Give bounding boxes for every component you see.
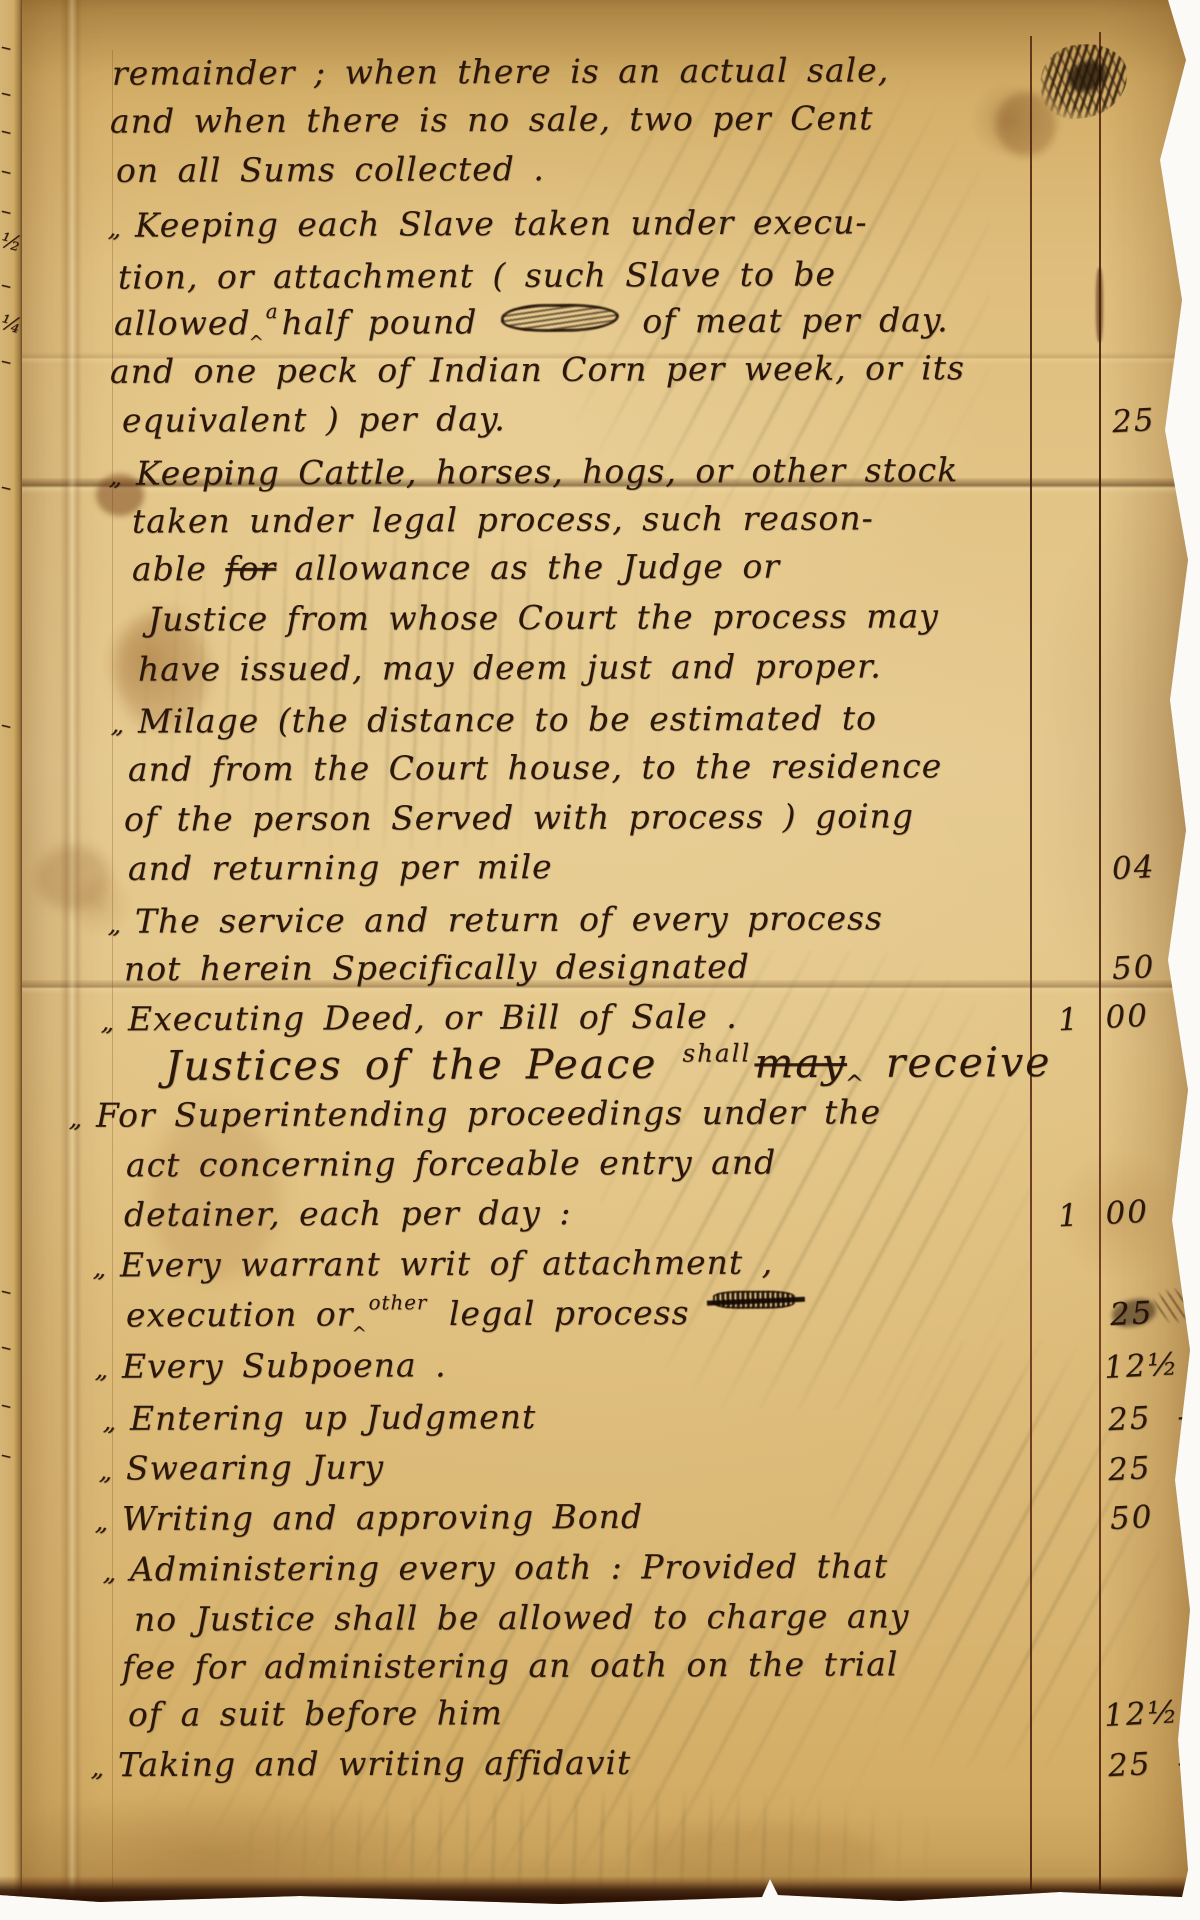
text-line: and one peck of Indian Corn per week, or… [110,348,965,404]
text-segment: have issued, may deem just and proper. [138,646,882,688]
text-line: and when there is no sale, two per Cent [110,98,874,153]
text-line: taken under legal process, such reason- [132,498,874,553]
fee-amount: 12½ [1103,1694,1180,1734]
text-segment: remainder ; when there is an actual sale… [112,50,889,92]
text-segment: tion, or attachment ( such Slave to be [118,254,836,296]
text-line: have issued, may deem just and proper. [138,646,882,701]
text-segment: ^ [351,1323,367,1344]
text-segment: Justice from whose Court the process may [148,596,939,638]
text-line: „Keeping Cattle, horses, hogs, or other … [136,450,958,506]
text-line: fee for administering an oath on the tri… [122,1644,899,1699]
text-line: „Entering up Judgment [130,1397,536,1451]
ditto-mark: „ [94,1354,112,1385]
text-segment: execution or [126,1294,354,1334]
text-line: and returning per mile [128,847,553,901]
text-segment: Taking and writing affidavit [118,1743,631,1784]
margin-mark: – [0,348,24,376]
text-segment: for [225,549,276,588]
fee-amount: 04 [1111,849,1156,887]
ditto-mark: „ [102,1406,120,1437]
fee-amount: 1 00 [1057,1194,1150,1235]
margin-mark: ¼ [0,310,24,338]
text-line: act concerning forceable entry and [126,1143,776,1198]
margin-mark: – [0,1392,24,1420]
ditto-mark: „ [94,1506,112,1537]
text-segment: receive [864,1038,1052,1087]
margin-mark: – [0,474,24,502]
scanned-document-page: remainder ; when there is an actual sale… [0,0,1200,1920]
text-segment: Entering up Judgment [130,1397,536,1438]
text-segment: and from the Court house, to the residen… [128,746,942,789]
text-segment: of meat per day. [624,300,949,340]
ditto-mark: „ [90,1752,108,1783]
text-line: „For Superintending proceedings under th… [96,1092,881,1147]
ditto-mark: „ [107,213,125,244]
text-line: „Keeping each Slave taken under execu- [135,202,868,257]
margin-mark: ½ [0,228,24,256]
text-segment: The service and return of every process [135,898,883,940]
left-margin-rule [112,50,113,1890]
text-line: of a suit before him [128,1693,503,1747]
margin-mark: – [0,158,24,186]
margin-mark: – [0,80,24,108]
margin-mark: – [0,1278,24,1306]
text-line: „Administering every oath : Provided tha… [130,1546,888,1601]
text-line: able for allowance as the Judge or [132,547,780,602]
text-segment: of the person Served with process ) goin… [124,796,914,838]
text-segment: Executing Deed, or Bill of Sale . [128,997,738,1039]
text-segment: other [369,1291,428,1314]
fee-amount: 25 – [1107,1744,1196,1784]
text-segment: act concerning forceable entry and [126,1143,776,1185]
manuscript-paper: remainder ; when there is an actual sale… [0,0,1200,1914]
fee-amount: 25 [1109,1295,1154,1333]
text-segment: may [754,1039,847,1087]
text-line: execution or^other legal process [126,1293,800,1348]
text-segment: and one peck of Indian Corn per week, or… [110,348,965,391]
text-line: „Milage (the distance to be estimated to [138,698,877,753]
text-line: allowed^ahalf pound of meat per day. [114,300,949,356]
fee-amount: 25 – [1107,1398,1196,1438]
text-segment: equivalent ) per day. [122,399,506,440]
text-line: Justice from whose Court the process may [148,596,939,651]
text-line: „The service and return of every process [135,898,883,953]
ditto-mark: „ [100,1007,118,1038]
margin-mark: – [0,1334,24,1362]
text-segment: not herein Specifically designated [124,947,750,989]
fee-amount: 50 [1109,1499,1154,1537]
ditto-mark: „ [68,1103,86,1134]
text-line: „Taking and writing affidavit [118,1743,631,1797]
text-segment: legal process [430,1293,708,1333]
text-segment: Keeping Cattle, horses, hogs, or other s… [136,450,958,493]
text-line: equivalent ) per day. [122,399,506,453]
margin-mark: – [0,198,24,226]
text-line: „Every warrant writ of attachment , [120,1243,773,1298]
text-segment: on all Sums collected . [116,149,545,190]
text-segment: and when there is no sale, two per Cent [110,98,874,140]
text-segment: allowed [114,303,251,343]
text-line: no Justice shall be allowed to charge an… [134,1596,910,1651]
paper-stain [36,846,110,910]
text-line: and from the Court house, to the residen… [128,746,943,802]
text-segment: For Superintending proceedings under the [96,1092,881,1134]
ditto-mark: „ [102,1557,120,1588]
ink-scribble [1036,39,1132,123]
paper-bottom-edge [0,1868,1200,1914]
text-line: not herein Specifically designated [124,947,750,1002]
text-segment: fee for administering an oath on the tri… [122,1644,899,1686]
text-segment: of a suit before him [128,1693,503,1734]
crossed-out-word [501,304,619,333]
ditto-mark: „ [98,1456,116,1487]
text-segment: Justices of the Peace [165,1040,680,1090]
fee-amount: 12½ [1103,1346,1180,1386]
ink-drip [1096,268,1103,342]
fee-column-rule-left [1030,36,1032,1890]
text-line: of the person Served with process ) goin… [124,796,914,851]
fee-amount: 25 – [1107,1448,1196,1488]
text-line: „Writing and approving Bond [122,1497,643,1551]
ditto-mark: „ [92,1253,110,1284]
text-segment: Administering every oath : Provided that [130,1546,888,1588]
text-segment: allowance as the Judge or [276,547,780,588]
section-heading-line: Justices of the Peace shallmay^ receive [165,1038,1052,1094]
text-line: „Every Subpoena . [122,1345,447,1398]
text-segment: able [132,549,226,588]
text-segment: taken under legal process, such reason- [132,498,874,540]
text-segment: and returning per mile [128,847,553,888]
text-segment: a [266,300,279,323]
text-segment: ^ [249,332,265,353]
margin-mark: – [0,34,24,62]
text-segment: Swearing Jury [126,1447,384,1487]
margin-mark: – [0,1442,24,1470]
text-line: detainer, each per day : [124,1193,572,1247]
margin-mark: – [0,712,24,740]
vertical-fold-crease [60,0,82,1900]
ditto-mark: „ [110,709,128,740]
margin-mark: – [0,272,24,300]
text-line: remainder ; when there is an actual sale… [112,50,889,105]
fee-amount: 50 [1111,949,1156,987]
fee-amount: 1 00 [1057,998,1150,1039]
ditto-mark: „ [107,909,125,940]
text-segment: Every warrant writ of attachment , [120,1243,773,1285]
text-segment: Milage (the distance to be estimated to [138,698,877,740]
text-segment: shall [682,1038,751,1067]
text-line: on all Sums collected . [116,149,545,203]
text-segment: no Justice shall be allowed to charge an… [134,1596,910,1638]
text-segment: Writing and approving Bond [122,1497,643,1538]
text-segment: Keeping each Slave taken under execu- [135,202,868,244]
crossed-out-word [713,1291,795,1309]
facing-page-edge: –––––½–¼––––––– [0,0,22,1906]
margin-mark: – [0,118,24,146]
text-segment: detainer, each per day : [124,1193,572,1234]
text-segment: half pound [281,302,495,342]
text-segment: Every Subpoena . [122,1345,447,1385]
text-line: „Swearing Jury [126,1447,384,1500]
fee-amount: 25 – [1111,400,1200,440]
